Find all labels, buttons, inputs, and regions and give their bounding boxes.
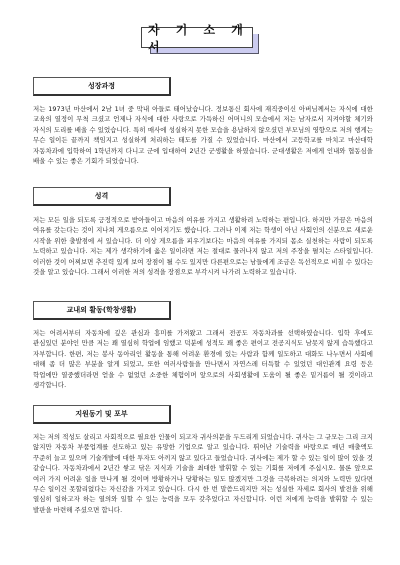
section-body-school-activities: 저는 어려서부터 자동차에 깊은 관심과 흥미를 가져왔고 그래서 전공도 자동… bbox=[33, 328, 373, 390]
document-title: 자 기 소 개 서 bbox=[141, 27, 253, 48]
section-heading-growth: 성장과정 bbox=[33, 77, 171, 96]
section-heading-personality: 성격 bbox=[33, 187, 171, 206]
section-heading-school-activities: 교내외 활동(학창생활) bbox=[33, 301, 171, 320]
section-body-growth: 저는 1973년 마산에서 2남 1녀 중 막내 아들로 태어났습니다. 정보통… bbox=[33, 104, 373, 166]
document-title-block: 자 기 소 개 서 bbox=[141, 27, 260, 55]
section-body-motivation: 저는 저의 적성도 살리고 사회적으로 필요한 인물이 되고자 귀사의문을 두드… bbox=[33, 432, 373, 515]
section-body-personality: 저는 모든 일을 되도록 긍정적으로 받아들이고 마음의 여유를 가지고 생활하… bbox=[33, 215, 373, 277]
section-heading-motivation: 지원동기 및 포부 bbox=[33, 405, 171, 424]
